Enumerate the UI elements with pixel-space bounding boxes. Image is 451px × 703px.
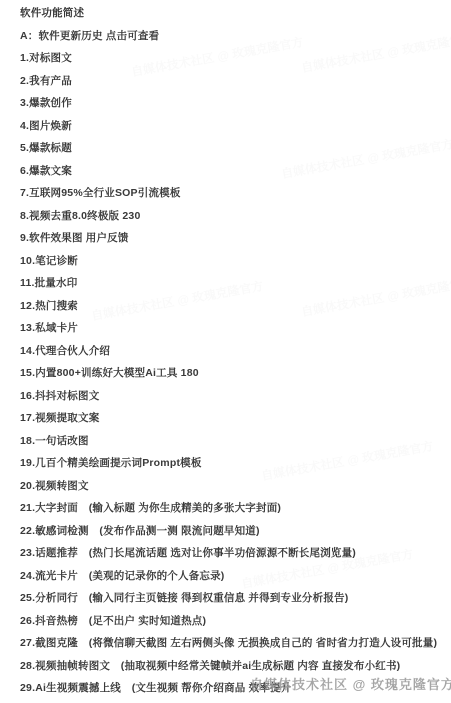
feature-list-item: 23.话题推荐 (热门长尾流话题 选对让你事半功倍源源不断长尾浏览量) [20, 542, 443, 565]
page-title: 软件功能简述 [20, 2, 443, 25]
feature-list-item: 7.互联网95%全行业SOP引流模板 [20, 182, 443, 205]
feature-list-item: 8.视频去重8.0终极版 230 [20, 205, 443, 228]
feature-list-item: 4.图片焕新 [20, 115, 443, 138]
feature-list-item: 11.批量水印 [20, 272, 443, 295]
feature-list-item: 21.大字封面 (输入标题 为你生成精美的多张大字封面) [20, 497, 443, 520]
feature-list-item: 2.我有产品 [20, 70, 443, 93]
feature-list-item: 13.私域卡片 [20, 317, 443, 340]
feature-list-item: 10.笔记诊断 [20, 250, 443, 273]
feature-list-item: 3.爆款创作 [20, 92, 443, 115]
feature-list-item: 1.对标图文 [20, 47, 443, 70]
feature-list-item: 25.分析同行 (输入同行主页链接 得到权重信息 并得到专业分析报告) [20, 587, 443, 610]
feature-list-item: 27.截图克隆 (将微信聊天截图 左右两侧头像 无损换成自己的 省时省力打造人设… [20, 632, 443, 655]
feature-list-item: 26.抖音热榜 (足不出户 实时知道热点) [20, 610, 443, 633]
feature-list-item: 19.几百个精美绘画提示词Prompt模板 [20, 452, 443, 475]
feature-list: 1.对标图文2.我有产品3.爆款创作4.图片焕新5.爆款标题6.爆款文案7.互联… [20, 47, 443, 700]
feature-list-page: 软件功能简述 A：软件更新历史 点击可查看 1.对标图文2.我有产品3.爆款创作… [0, 0, 451, 703]
feature-list-item: 18.一句话改图 [20, 430, 443, 453]
feature-list-item: 15.内置800+训练好大模型Ai工具 180 [20, 362, 443, 385]
feature-list-item: 20.视频转图文 [20, 475, 443, 498]
update-history-line[interactable]: A：软件更新历史 点击可查看 [20, 25, 443, 48]
feature-list-item: 22.敏感词检测 (发布作品测一测 限流问题早知道) [20, 520, 443, 543]
feature-list-item: 9.软件效果图 用户反馈 [20, 227, 443, 250]
feature-list-item: 5.爆款标题 [20, 137, 443, 160]
feature-list-item: 14.代理合伙人介绍 [20, 340, 443, 363]
watermark: 自媒体技术社区 @ 玫瑰克隆官方 [250, 674, 451, 693]
feature-list-item: 24.流光卡片 (美观的记录你的个人备忘录) [20, 565, 443, 588]
feature-list-item: 17.视频提取文案 [20, 407, 443, 430]
feature-list-item: 16.抖抖对标图文 [20, 385, 443, 408]
feature-list-item: 6.爆款文案 [20, 160, 443, 183]
feature-list-item: 12.热门搜索 [20, 295, 443, 318]
